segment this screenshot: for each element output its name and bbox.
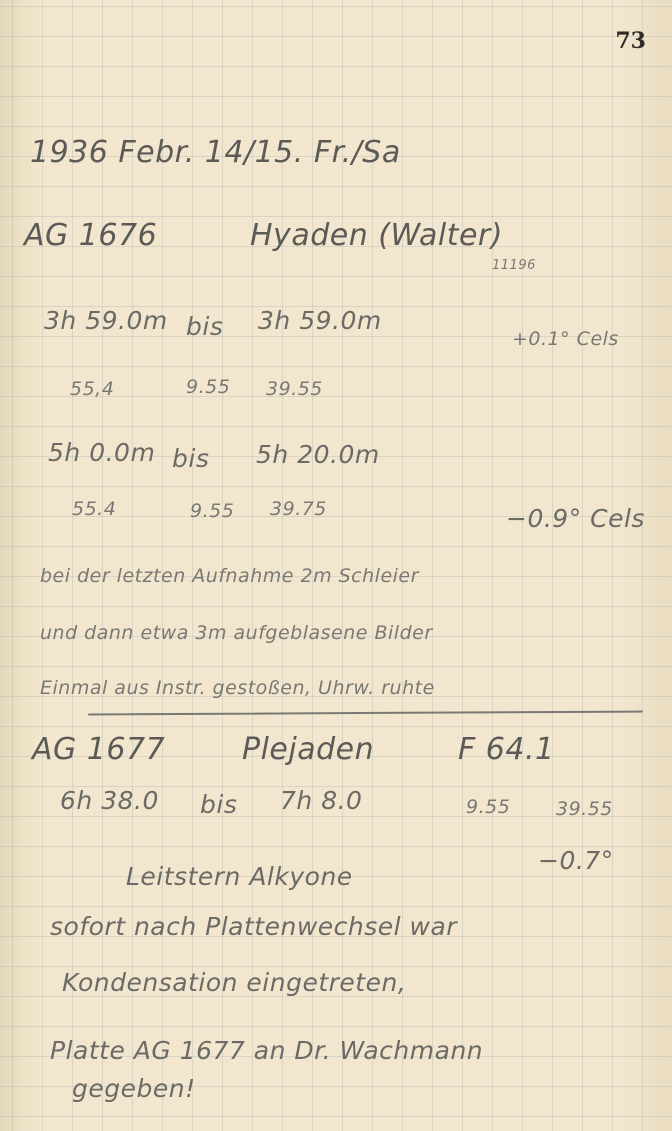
plate2-remark-line2: Kondensation eingetreten, xyxy=(62,968,406,997)
date-line: 1936 Febr. 14/15. Fr./Sa xyxy=(30,135,401,170)
plate1-reading1-b: 9.55 xyxy=(186,376,230,398)
plate1-remark-line2: und dann etwa 3m aufgeblasene Bilder xyxy=(40,622,433,644)
plate1-exp1-bis: bis xyxy=(186,312,223,341)
plate2-exp-start: 6h 38.0 xyxy=(60,786,159,815)
plate2-temp: −0.7° xyxy=(538,846,614,875)
notebook-page: 73 1936 Febr. 14/15. Fr./Sa AG 1676 Hyad… xyxy=(0,0,672,1131)
plate1-reading2-c: 39.75 xyxy=(270,498,327,520)
plate2-object: Plejaden xyxy=(242,732,374,767)
plate1-reading2-b: 9.55 xyxy=(190,500,234,522)
plate1-remark-line3: Einmal aus Instr. gestoßen, Uhrw. ruhte xyxy=(40,677,435,699)
plate1-temp1: +0.1° Cels xyxy=(512,328,619,350)
final-note-line2: gegeben! xyxy=(72,1074,196,1103)
plate1-note-number: 11196 xyxy=(492,258,536,273)
plate2-remark-line1: sofort nach Plattenwechsel war xyxy=(50,912,457,941)
plate2-reading-b: 39.55 xyxy=(556,798,613,820)
plate1-reading2-a: 55.4 xyxy=(72,498,116,520)
plate2-exp-bis: bis xyxy=(200,790,237,819)
plate1-temp2: −0.9° Cels xyxy=(506,504,645,533)
plate1-id: AG 1676 xyxy=(24,218,157,253)
plate1-exp1-start: 3h 59.0m xyxy=(44,306,168,335)
page-number: 73 xyxy=(615,28,646,54)
plate1-object: Hyaden (Walter) xyxy=(250,218,503,253)
plate2-reading-a: 9.55 xyxy=(466,796,510,818)
plate2-exp-end: 7h 8.0 xyxy=(280,786,362,815)
plate1-reading1-c: 39.55 xyxy=(266,378,323,400)
final-note-line1: Platte AG 1677 an Dr. Wachmann xyxy=(50,1036,483,1065)
separator-line xyxy=(88,711,643,716)
plate2-field: F 64.1 xyxy=(458,732,555,767)
plate1-exp1-end: 3h 59.0m xyxy=(258,306,382,335)
plate1-exp2-start: 5h 0.0m xyxy=(48,438,155,467)
plate1-exp2-bis: bis xyxy=(172,444,209,473)
plate1-exp2-end: 5h 20.0m xyxy=(256,440,380,469)
plate2-id: AG 1677 xyxy=(32,732,165,767)
plate2-guide-star: Leitstern Alkyone xyxy=(126,862,353,891)
plate1-reading1-a: 55,4 xyxy=(70,378,114,400)
plate1-remark-line1: bei der letzten Aufnahme 2m Schleier xyxy=(40,565,419,587)
